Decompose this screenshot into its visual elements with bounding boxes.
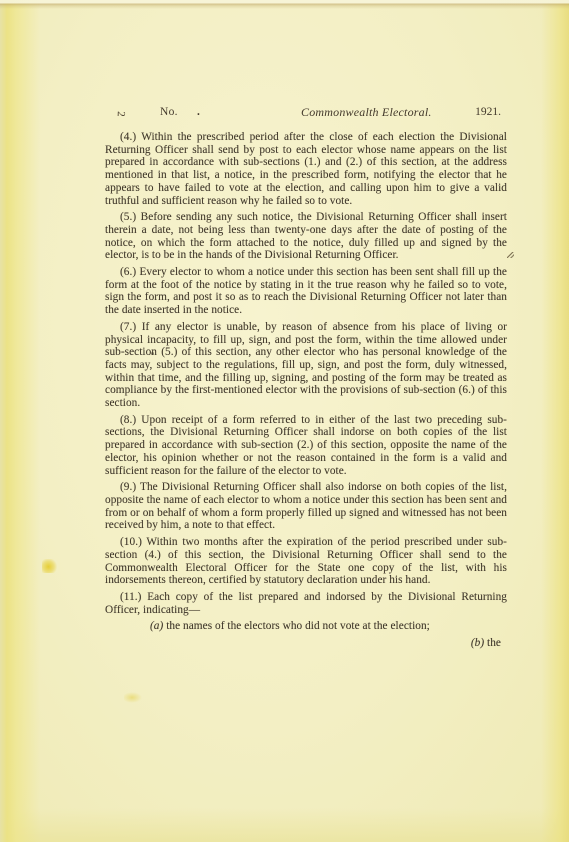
body-text: (4.) Within the prescribed period after … <box>105 131 507 650</box>
list-item-a-label: (a) <box>150 620 163 632</box>
act-number-dot: . <box>197 106 200 118</box>
yellow-smudge <box>42 559 58 573</box>
subsection-10: (10.) Within two months after the expira… <box>105 536 507 587</box>
subsection-6: (6.) Every elector to whom a notice unde… <box>105 266 507 317</box>
running-head: 2 No. . Commonwealth Electoral. 1921. <box>105 106 507 124</box>
subsection-4: (4.) Within the prescribed period after … <box>105 131 507 207</box>
subsection-5: (5.) Before sending any such notice, the… <box>105 211 507 262</box>
dust-speck <box>151 352 154 355</box>
document-title: Commonwealth Electoral. <box>301 105 432 120</box>
catchword-label: (b) <box>471 637 484 649</box>
list-item-a-text: the names of the electors who did not vo… <box>166 620 430 632</box>
catchword-word: the <box>487 637 501 649</box>
subsection-11: (11.) Each copy of the list prepared and… <box>105 591 507 616</box>
list-item-a: (a) the names of the electors who did no… <box>105 620 507 633</box>
scanned-document-page: 2 No. . Commonwealth Electoral. 1921. (4… <box>0 0 569 842</box>
subsection-7: (7.) If any elector is unable, by reason… <box>105 321 507 410</box>
catchword: (b) the <box>105 637 501 650</box>
faint-smudge <box>124 692 142 703</box>
document-year: 1921. <box>475 106 501 118</box>
act-number-label: No. <box>160 106 178 118</box>
subsection-9: (9.) The Divisional Returning Officer sh… <box>105 481 507 532</box>
page-number: 2 <box>115 111 127 117</box>
ink-mark <box>507 252 514 258</box>
subsection-8: (8.) Upon receipt of a form referred to … <box>105 414 507 478</box>
